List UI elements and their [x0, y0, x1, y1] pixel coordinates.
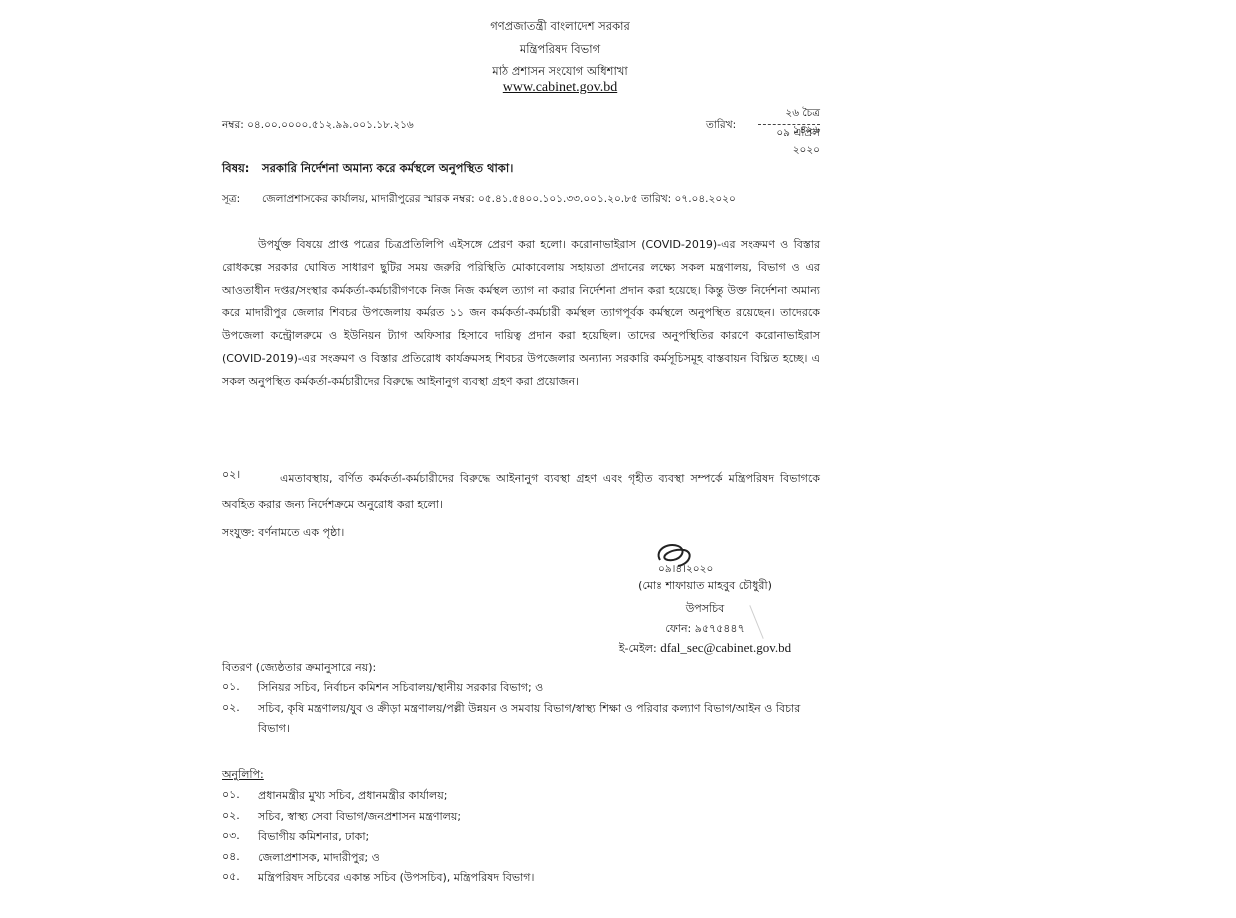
- body-paragraph-1: উপর্যুক্ত বিষয়ে প্রাপ্ত পত্রের চিত্রপ্র…: [222, 234, 820, 394]
- signatory-name: (মোঃ শাফায়াত মাহবুব চৌধুরী): [590, 577, 820, 596]
- website-link[interactable]: www.cabinet.gov.bd: [370, 80, 750, 96]
- body-paragraph-2: এমতাবস্থায়, বর্ণিত কর্মকর্তা-কর্মচারীদে…: [222, 466, 820, 518]
- email-address[interactable]: dfal_sec@cabinet.gov.bd: [660, 640, 791, 655]
- copy-item: ০৪. জেলাপ্রশাসক, মাদারীপুর; ও: [222, 848, 822, 869]
- subject-label: বিষয়:: [222, 160, 249, 179]
- distribution-item: ০২. সচিব, কৃষি মন্ত্রণালয়/যুব ও ক্রীড়া…: [222, 699, 822, 739]
- enclosure-note: সংযুক্ত: বর্ণনামতে এক পৃষ্ঠা।: [222, 524, 344, 543]
- signatory-designation: উপসচিব: [590, 600, 820, 619]
- division-name: মন্ত্রিপরিষদ বিভাগ: [370, 41, 750, 60]
- signatory-email: ই-মেইল: dfal_sec@cabinet.gov.bd: [590, 640, 820, 659]
- date-divider: [758, 124, 820, 125]
- govt-name: গণপ্রজাতন্ত্রী বাংলাদেশ সরকার: [370, 18, 750, 37]
- memo-number: নম্বর: ০৪.০০.০০০০.৫১২.৯৯.০০১.১৮.২১৬: [222, 118, 414, 135]
- copies-title: অনুলিপি:: [222, 766, 264, 785]
- email-label: ই-মেইল:: [619, 642, 660, 655]
- distribution-list: ০১. সিনিয়র সচিব, নির্বাচন কমিশন সচিবালয…: [222, 678, 822, 740]
- date-gregorian: ০৯ এপ্রিল ২০২০: [760, 126, 820, 160]
- subject-text: সরকারি নির্দেশনা অমান্য করে কর্মস্থলে অন…: [262, 160, 513, 179]
- copy-item: ০১. প্রধানমন্ত্রীর মুখ্য সচিব, প্রধানমন্…: [222, 786, 822, 807]
- date-label: তারিখ:: [706, 118, 736, 135]
- distribution-title: বিতরণ (জ্যেষ্ঠতার ক্রমানুসারে নয়):: [222, 659, 376, 678]
- copies-list: ০১. প্রধানমন্ত্রীর মুখ্য সচিব, প্রধানমন্…: [222, 786, 822, 889]
- signatory-phone: ফোন: ৯৫৭৫৪৪৭: [590, 620, 820, 639]
- copy-item: ০২. সচিব, স্বাস্থ্য সেবা বিভাগ/জনপ্রশাসন…: [222, 807, 822, 828]
- source-label: সূত্র:: [222, 192, 240, 209]
- distribution-item: ০১. সিনিয়র সচিব, নির্বাচন কমিশন সচিবালয…: [222, 678, 822, 698]
- copy-item: ০৫. মন্ত্রিপরিষদ সচিবের একান্ত সচিব (উপস…: [222, 868, 822, 889]
- copy-item: ০৩. বিভাগীয় কমিশনার, ঢাকা;: [222, 827, 822, 848]
- source-text: জেলাপ্রশাসকের কার্যালয়, মাদারীপুরের স্ম…: [262, 192, 736, 209]
